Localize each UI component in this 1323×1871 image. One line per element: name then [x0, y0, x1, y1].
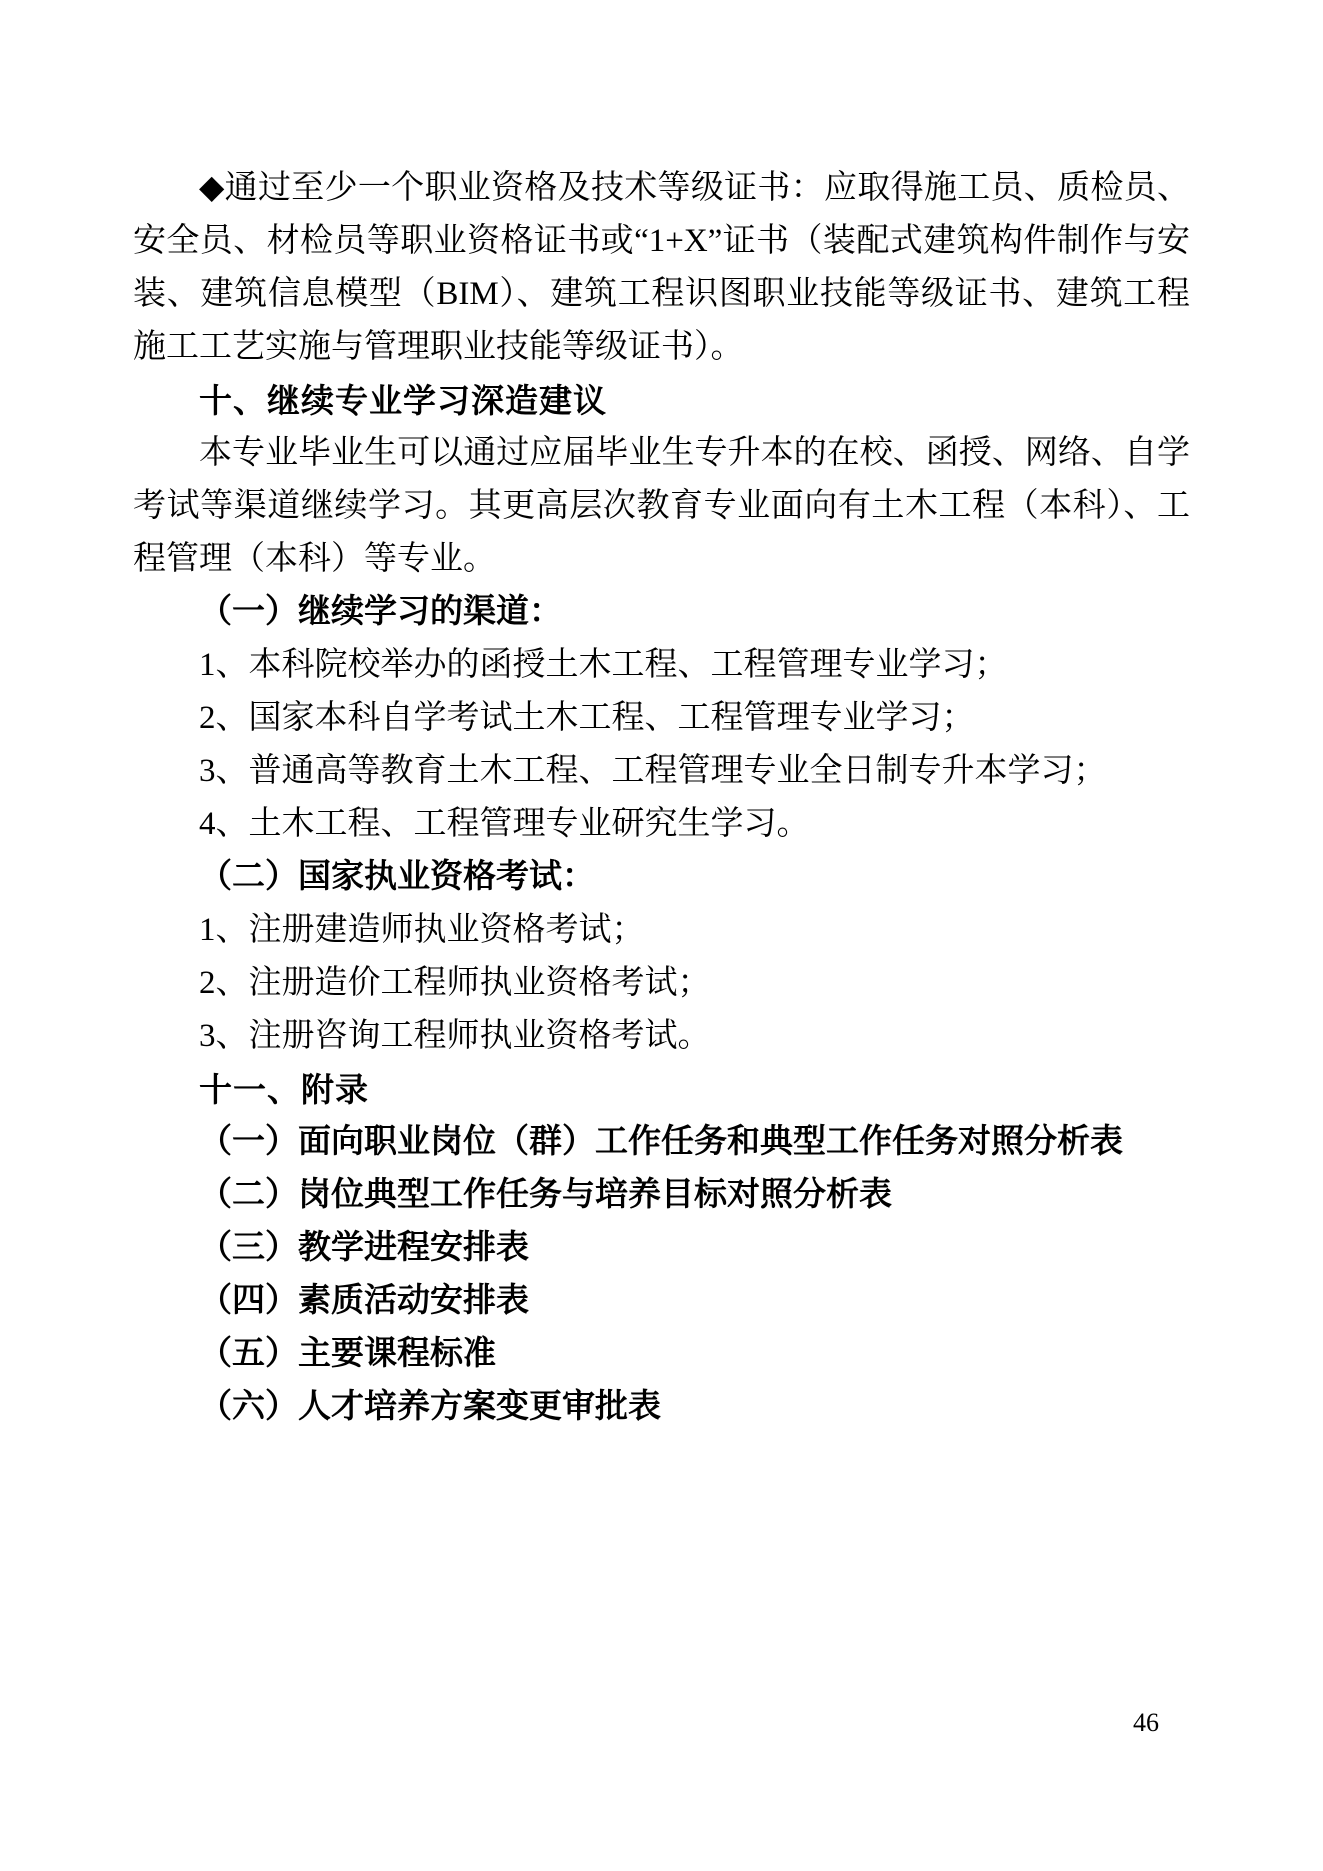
subheading-study-channels: （一）继续学习的渠道：	[133, 586, 1190, 639]
appendix-item-3: （三）教学进程安排表	[133, 1222, 1190, 1275]
list-item-study-channel-4: 4、土木工程、工程管理专业研究生学习。	[133, 798, 1190, 851]
appendix-item-1: （一）面向职业岗位（群）工作任务和典型工作任务对照分析表	[133, 1116, 1190, 1169]
appendix-item-4: （四）素质活动安排表	[133, 1275, 1190, 1328]
list-item-study-channel-3: 3、普通高等教育土木工程、工程管理专业全日制专升本学习；	[133, 745, 1190, 798]
paragraph-further-study-paths: 本专业毕业生可以通过应届毕业生专升本的在校、函授、网络、自学考试等渠道继续学习。…	[133, 427, 1190, 586]
appendix-item-6: （六）人才培养方案变更审批表	[133, 1381, 1190, 1434]
appendix-item-2: （二）岗位典型工作任务与培养目标对照分析表	[133, 1169, 1190, 1222]
list-item-exam-1: 1、注册建造师执业资格考试；	[133, 904, 1190, 957]
section-heading-10-further-study: 十、继续专业学习深造建议	[133, 374, 1190, 427]
list-item-study-channel-2: 2、国家本科自学考试土木工程、工程管理专业学习；	[133, 692, 1190, 745]
page-number: 46	[1133, 1708, 1159, 1738]
list-item-exam-3: 3、注册咨询工程师执业资格考试。	[133, 1010, 1190, 1063]
document-page: ◆通过至少一个职业资格及技术等级证书：应取得施工员、质检员、安全员、材检员等职业…	[0, 0, 1323, 1871]
paragraph-certificate-requirements: ◆通过至少一个职业资格及技术等级证书：应取得施工员、质检员、安全员、材检员等职业…	[133, 162, 1190, 374]
list-item-study-channel-1: 1、本科院校举办的函授土木工程、工程管理专业学习；	[133, 639, 1190, 692]
section-heading-11-appendix: 十一、附录	[133, 1063, 1190, 1116]
list-item-exam-2: 2、注册造价工程师执业资格考试；	[133, 957, 1190, 1010]
subheading-national-qualification-exams: （二）国家执业资格考试：	[133, 851, 1190, 904]
appendix-item-5: （五）主要课程标准	[133, 1328, 1190, 1381]
